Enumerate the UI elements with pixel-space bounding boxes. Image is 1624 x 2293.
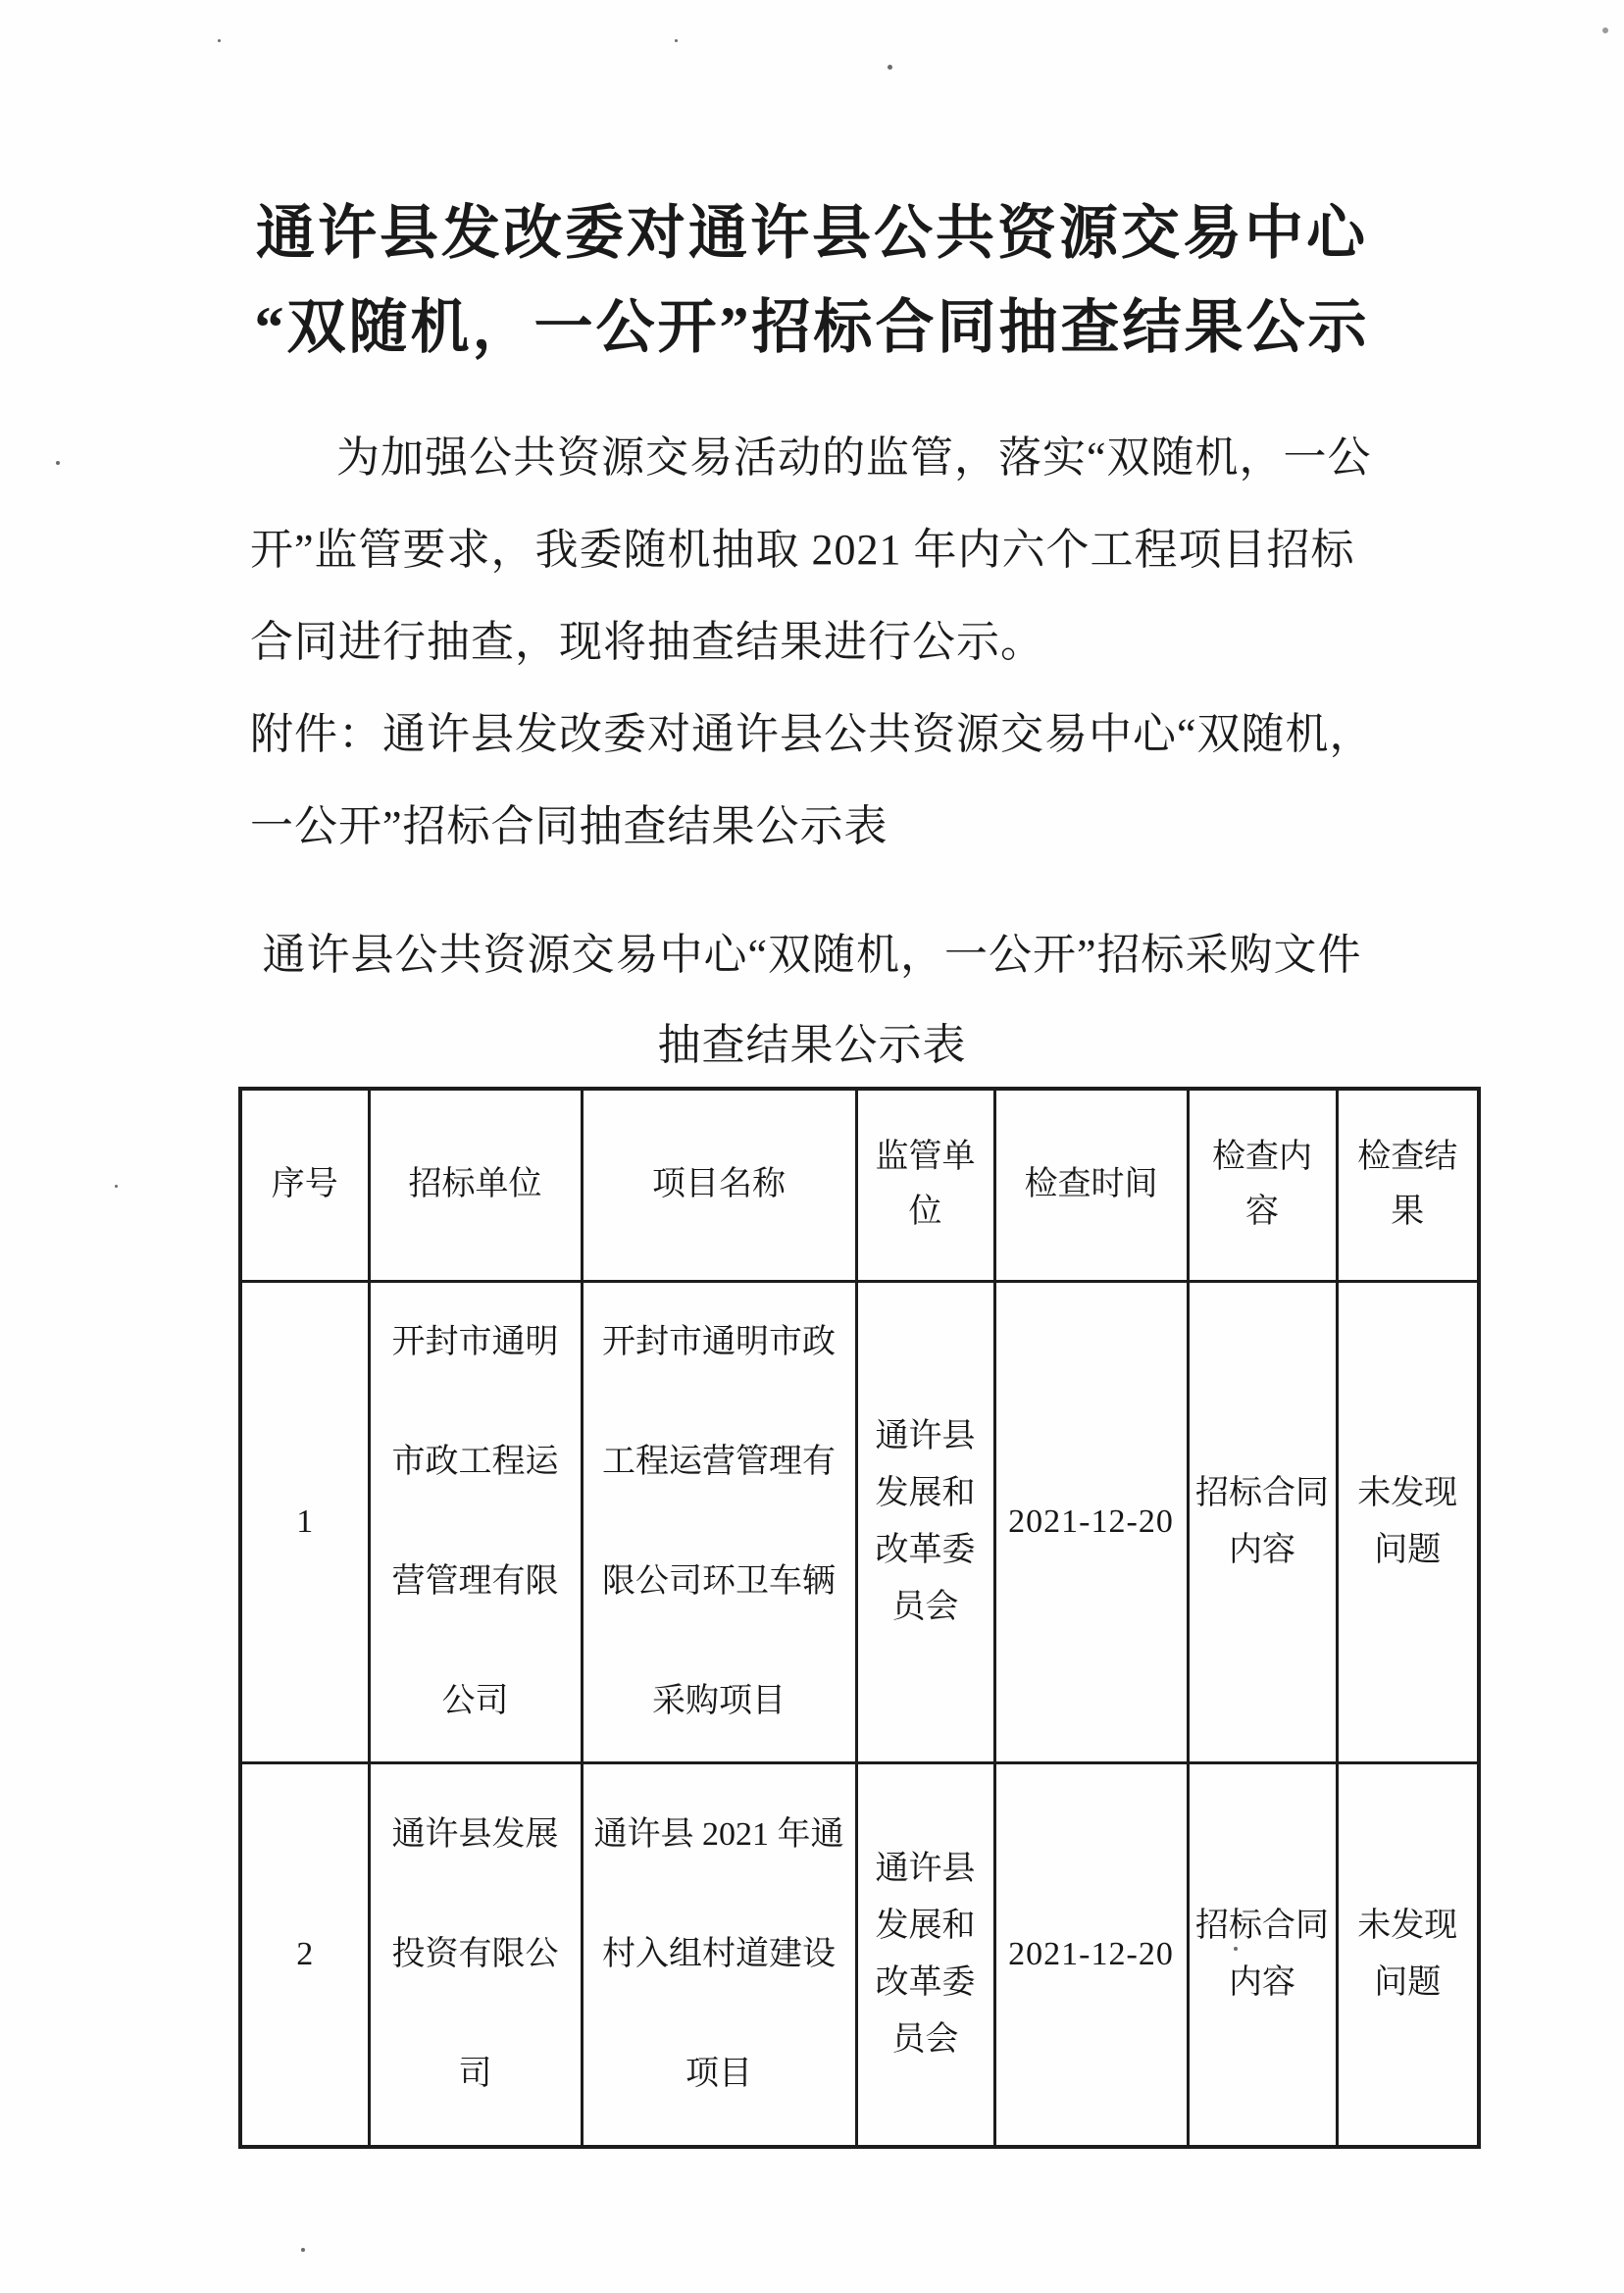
table-row: 1 开封市通明 市政工程运 营管理有限 公司 开封市通明市政 工程运营管理有 限… [240,1281,1479,1762]
cell-r2-project-name: 通许县 2021 年通 村入组村道建设 项目 [582,1762,856,2147]
cell-r1-seq-no: 1 [240,1281,369,1762]
table-caption-line-2: 抽查结果公示表 [0,1000,1624,1091]
cell-r1-inspection-content: 招标合同 内容 [1188,1281,1337,1762]
cell-r1-inspection-time: 2021-12-20 [994,1281,1188,1762]
cell-r1-project-name: 开封市通明市政 工程运营管理有 限公司环卫车辆 采购项目 [582,1281,856,1762]
attachment-line-2: 一公开”招标合同抽查结果公示表 [250,781,1476,873]
header-cell-supervision-unit: 监管单 位 [856,1089,994,1281]
body-paragraph: 为加强公共资源交易活动的监管，落实“双随机，一公 开”监管要求，我委随机抽取 2… [250,412,1476,873]
cell-r2-seq-no: 2 [240,1762,369,2147]
body-line-3: 合同进行抽查，现将抽查结果进行公示。 [250,596,1476,688]
body-line-1: 为加强公共资源交易活动的监管，落实“双随机，一公 [250,412,1476,504]
cell-r2-inspection-time: 2021-12-20 [994,1762,1188,2147]
table-caption-line-1: 通许县公共资源交易中心“双随机，一公开”招标采购文件 [0,910,1624,1000]
scan-speck [218,39,221,42]
header-cell-inspection-time: 检查时间 [994,1089,1188,1281]
header-cell-project-name: 项目名称 [582,1089,856,1281]
scan-speck [56,461,60,465]
cell-r2-inspection-content: 招标合同 内容 [1188,1762,1337,2147]
cell-r1-supervision-unit: 通许县 发展和 改革委 员会 [856,1281,994,1762]
scan-speck [675,39,678,42]
attachment-line-1: 附件：通许县发改委对通许县公共资源交易中心“双随机， [250,688,1476,781]
scan-speck [115,1185,118,1188]
table-row: 2 通许县发展 投资有限公 司 通许县 2021 年通 村入组村道建设 项目 通… [240,1762,1479,2147]
table-header-row: 序号 招标单位 项目名称 监管单 位 检查时间 检查内 容 检查结 果 [240,1089,1479,1281]
scan-speck [1602,27,1608,33]
cell-r2-bidding-unit: 通许县发展 投资有限公 司 [369,1762,582,2147]
scanned-document-page: 通许县发改委对通许县公共资源交易中心 “双随机，一公开”招标合同抽查结果公示 为… [0,0,1624,2293]
scan-speck [888,65,892,70]
header-cell-inspection-result: 检查结 果 [1337,1089,1479,1281]
table-caption: 通许县公共资源交易中心“双随机，一公开”招标采购文件 抽查结果公示表 [0,910,1624,1091]
scan-speck [1234,1947,1238,1951]
doc-title-line-1: 通许县发改委对通许县公共资源交易中心 [0,186,1624,280]
inspection-results-table: 序号 招标单位 项目名称 监管单 位 检查时间 检查内 容 检查结 果 1 开封… [238,1087,1481,2149]
header-cell-bidding-unit: 招标单位 [369,1089,582,1281]
cell-r2-supervision-unit: 通许县 发展和 改革委 员会 [856,1762,994,2147]
cell-r2-inspection-result: 未发现 问题 [1337,1762,1479,2147]
body-line-2: 开”监管要求，我委随机抽取 2021 年内六个工程项目招标 [250,504,1476,596]
cell-r1-bidding-unit: 开封市通明 市政工程运 营管理有限 公司 [369,1281,582,1762]
doc-title-line-2: “双随机，一公开”招标合同抽查结果公示 [0,280,1624,375]
header-cell-inspection-content: 检查内 容 [1188,1089,1337,1281]
scan-speck [301,2248,305,2252]
header-cell-seq-no: 序号 [240,1089,369,1281]
cell-r1-inspection-result: 未发现 问题 [1337,1281,1479,1762]
doc-title: 通许县发改委对通许县公共资源交易中心 “双随机，一公开”招标合同抽查结果公示 [0,186,1624,375]
